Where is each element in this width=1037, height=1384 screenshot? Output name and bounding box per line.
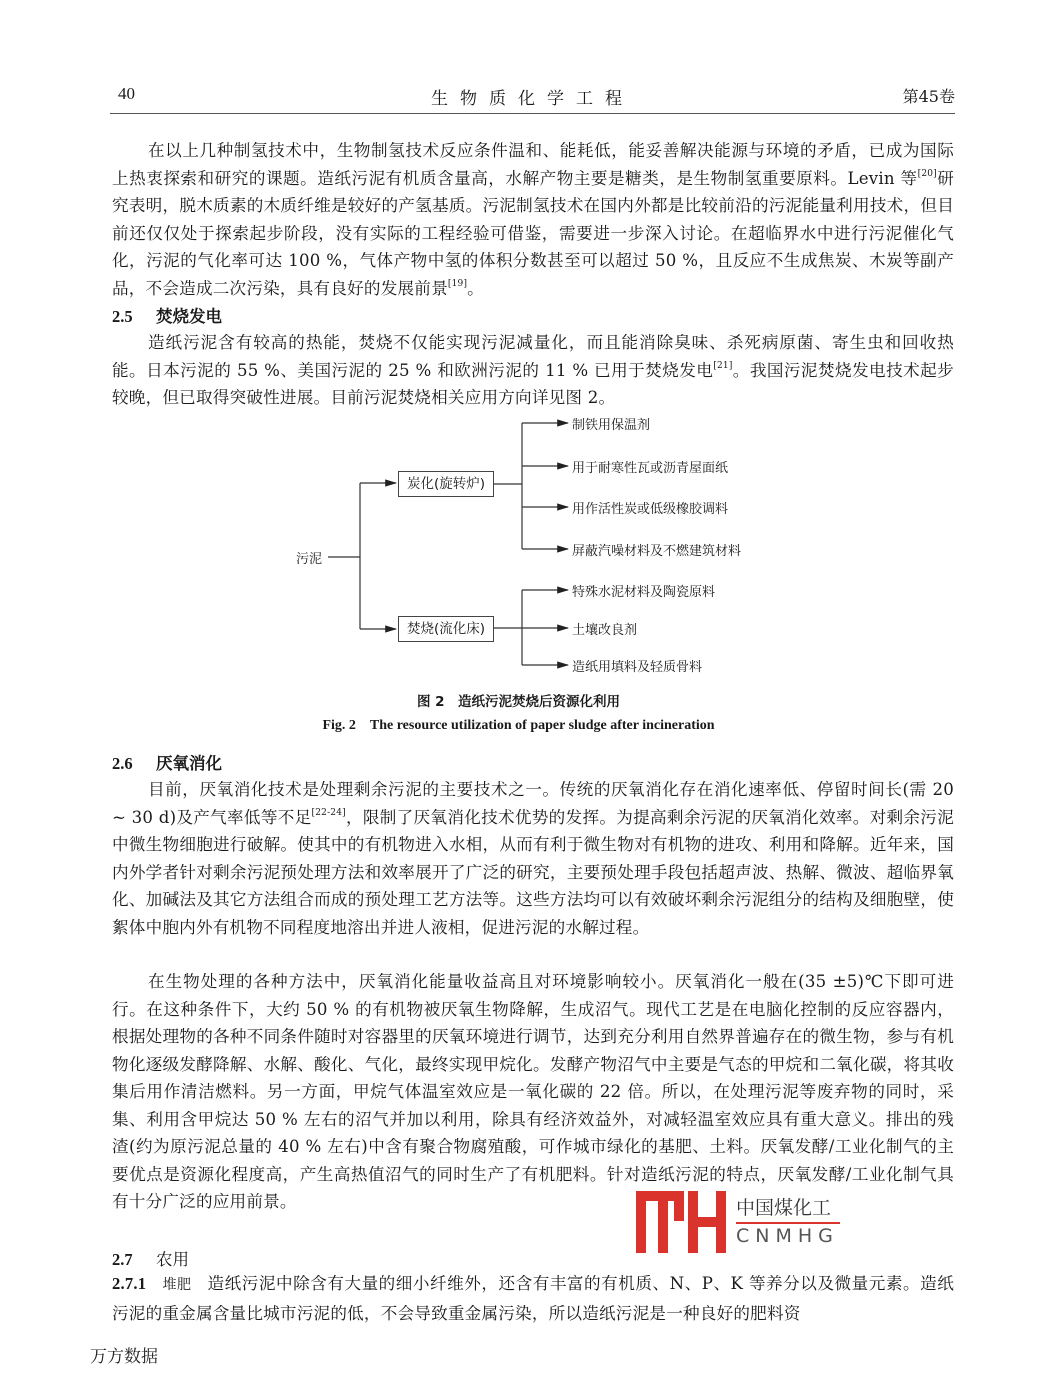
- citation-22-24: [22-24]: [312, 808, 346, 818]
- paragraph-hydrogen-production: 在以上几种制氢技术中，生物制氢技术反应条件温和、能耗低，能妥善解决能源与环境的矛…: [112, 137, 954, 302]
- section-heading-2-5: 2.5焚烧发电: [112, 303, 222, 327]
- journal-title: 生物质化学工程: [110, 84, 955, 109]
- diagram-output-a1: 制铁用保温剂: [572, 414, 650, 433]
- diagram-box-incineration: 焚烧(流化床): [398, 616, 494, 642]
- running-header: 40 生物质化学工程 第45卷: [110, 84, 955, 106]
- diagram-output-b2: 土壤改良剂: [572, 619, 637, 638]
- diagram-output-b1: 特殊水泥材料及陶瓷原料: [572, 581, 715, 600]
- subsection-title-composting: 堆肥: [162, 1277, 191, 1293]
- citation-19: [19]: [448, 279, 467, 289]
- watermark-name-en: CNMHG: [736, 1225, 839, 1247]
- diagram-box-carbonization: 炭化(旋转炉): [398, 471, 494, 497]
- subsection-number-2-7-1: 2.7.1: [112, 1274, 146, 1293]
- watermark-rule: [736, 1222, 840, 1224]
- diagram-root-sludge: 污泥: [296, 548, 322, 567]
- footer-source: 万方数据: [90, 1342, 158, 1367]
- paragraph-anaerobic-2: 在生物处理的各种方法中，厌氧消化能量收益高且对环境影响较小。厌氧消化一般在(35…: [112, 968, 954, 1216]
- watermark-name-cn: 中国煤化工: [736, 1193, 833, 1220]
- diagram-output-a4: 屏蔽汽噪材料及不燃建筑材料: [572, 540, 741, 559]
- diagram-output-b3: 造纸用填料及轻质骨料: [572, 656, 702, 675]
- figure-caption-cn: 图 2 造纸污泥焚烧后资源化利用: [0, 690, 1037, 710]
- diagram-output-a2: 用于耐寒性瓦或沥青屋面纸: [572, 457, 728, 476]
- header-rule: [110, 113, 955, 114]
- cnmhg-watermark-logo: 中国煤化工 CNMHG: [636, 1191, 856, 1253]
- diagram-output-a3: 用作活性炭或低级橡胶调料: [572, 498, 728, 517]
- paragraph-anaerobic-1: 目前，厌氧消化技术是处理剩余污泥的主要技术之一。传统的厌氧消化存在消化速率低、停…: [112, 776, 954, 941]
- cnmhg-logo-mark-icon: [636, 1191, 728, 1253]
- citation-21: [21]: [713, 361, 732, 371]
- paragraph-composting: 2.7.1堆肥造纸污泥中除含有大量的细小纤维外，还含有丰富的有机质、N、P、K …: [112, 1270, 954, 1327]
- volume-label: 第45卷: [903, 84, 955, 107]
- citation-20: [20]: [918, 169, 937, 179]
- paragraph-incineration: 造纸污泥含有较高的热能，焚烧不仅能实现污泥减量化，而且能消除臭味、杀死病原菌、寄…: [112, 329, 954, 412]
- section-heading-2-6: 2.6厌氧消化: [112, 750, 222, 774]
- figure-caption-en: Fig. 2 The resource utilization of paper…: [0, 714, 1037, 734]
- section-heading-2-7: 2.7农用: [112, 1246, 189, 1270]
